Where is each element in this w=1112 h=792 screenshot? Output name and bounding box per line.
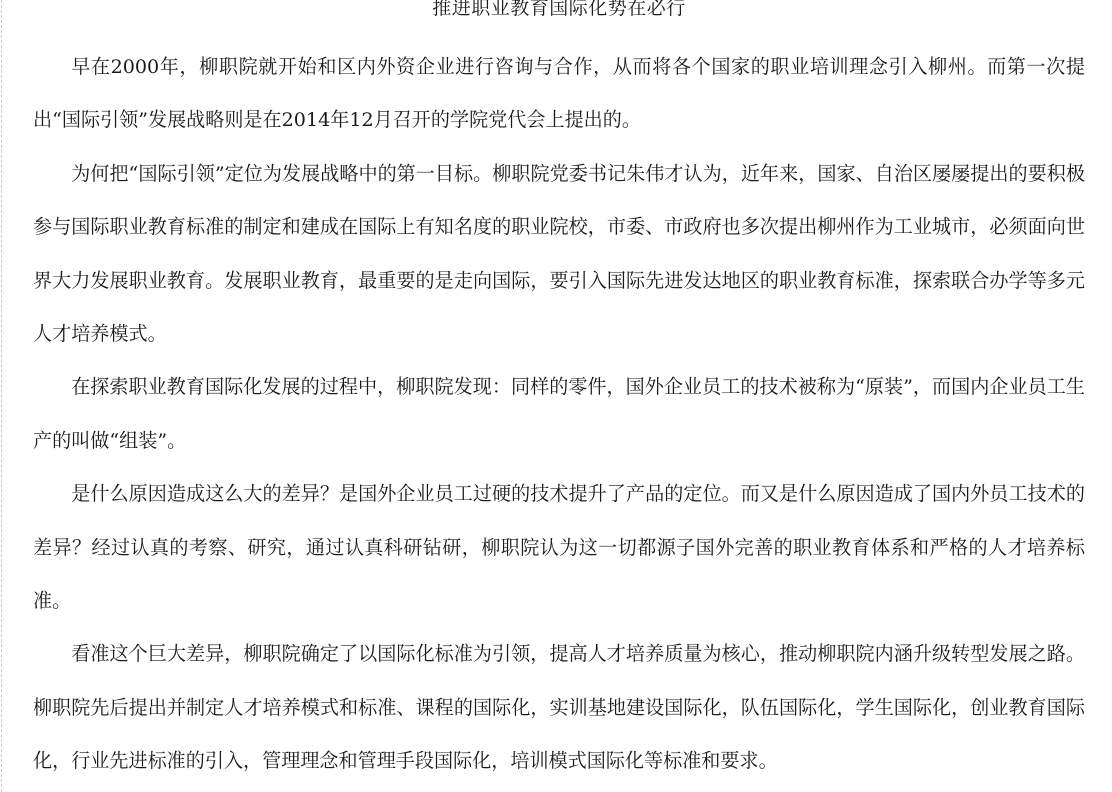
paragraph: 看准这个巨大差异，柳职院确定了以国际化标准为引领，提高人才培养质量为核心，推动柳… [33, 627, 1085, 787]
paragraph: 是什么原因造成这么大的差异？是国外企业员工过硬的技术提升了产品的定位。而又是什么… [33, 467, 1085, 627]
paragraph: 为何把“国际引领”定位为发展战略中的第一目标。柳职院党委书记朱伟才认为，近年来，… [33, 147, 1085, 361]
document-page: 推进职业教育国际化势在必行 早在2000年，柳职院就开始和区内外资企业进行咨询与… [33, 0, 1085, 788]
page-margin-guide [1, 0, 2, 792]
paragraph: 在探索职业教育国际化发展的过程中，柳职院发现：同样的零件，国外企业员工的技术被称… [33, 360, 1085, 467]
document-title: 推进职业教育国际化势在必行 [33, 0, 1085, 28]
paragraph: 早在2000年，柳职院就开始和区内外资企业进行咨询与合作，从而将各个国家的职业培… [33, 40, 1085, 147]
